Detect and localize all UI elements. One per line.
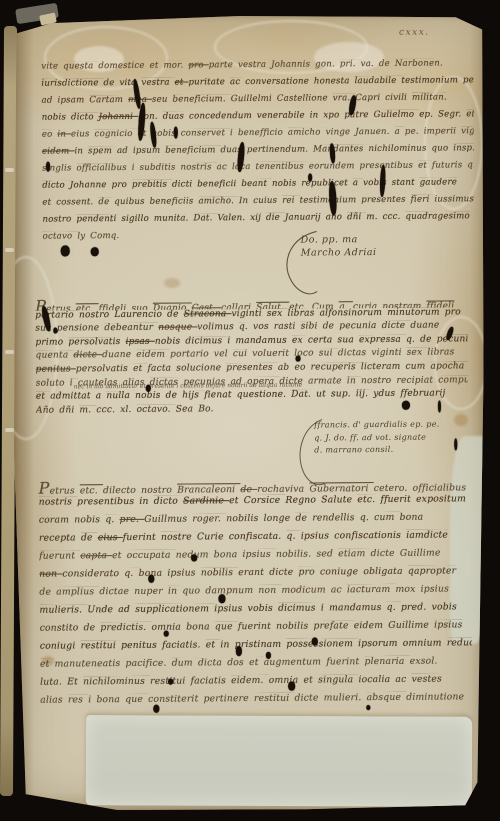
folio-number: cxxx. xyxy=(399,28,430,38)
ink-blot xyxy=(146,385,151,392)
manuscript-line: octavo ly Comq. xyxy=(43,228,475,248)
ink-blot xyxy=(153,705,159,713)
manuscript-photo: cxxx. vite questa domestice et mor. pro … xyxy=(0,0,500,821)
binding-stitch xyxy=(5,168,14,172)
signature-line: Do. pp. ma xyxy=(301,233,377,247)
ink-blot xyxy=(366,705,370,710)
manuscript-line: Petrus etc. dilecto nostro Brancaleoni d… xyxy=(39,475,471,496)
binding-stitch xyxy=(5,428,14,432)
manuscript-line: alias res i bona que constiterit pertine… xyxy=(40,691,472,712)
ink-blot xyxy=(148,575,154,583)
ink-blot xyxy=(91,247,99,256)
ink-blot xyxy=(168,679,173,685)
ink-blot xyxy=(312,637,318,645)
ink-blot xyxy=(454,438,457,450)
ink-blot xyxy=(61,245,70,256)
ink-blot xyxy=(402,401,410,410)
ink-blot xyxy=(288,682,295,691)
manuscript-page: cxxx. vite questa domestice et mor. pro … xyxy=(14,16,484,810)
manuscript-line: de amplius dictae nuper in quo dampnum n… xyxy=(39,583,471,604)
ink-blots xyxy=(11,14,481,18)
ink-blot xyxy=(46,162,50,172)
ink-blot xyxy=(191,554,197,561)
manuscript-line: constito de predictis. omnia bona que fu… xyxy=(40,619,472,640)
ink-blot xyxy=(438,400,441,412)
ink-blot xyxy=(308,173,312,181)
register-entry-1: vite questa domestice et mor. pro parte … xyxy=(41,58,474,248)
binding-stitch xyxy=(5,248,14,252)
ink-blot xyxy=(236,646,242,656)
ink-blot xyxy=(164,631,169,637)
marginal-note-line: ffrancis. d' guardialis ep. pe. xyxy=(314,419,440,432)
chancery-signature: Do. pp. ma Marcho Adriai xyxy=(301,233,377,260)
marginal-note: ffrancis. d' guardialis ep. pe. q. J. do… xyxy=(314,419,440,457)
ink-blot xyxy=(174,127,178,139)
binding-stitch xyxy=(5,350,14,354)
signature-line: Marcho Adriai xyxy=(301,246,377,260)
ink-blot xyxy=(218,594,225,603)
ink-blot xyxy=(53,328,57,334)
marginal-note-line: q. J. do. ff. ad vot. signate xyxy=(314,431,440,444)
handwritten-text-layer: cxxx. vite questa domestice et mor. pro … xyxy=(11,14,487,812)
manuscript-line: vite questa domestice et mor. pro parte … xyxy=(41,58,473,78)
ink-blot xyxy=(266,652,271,659)
ink-blot xyxy=(296,356,301,362)
manuscript-line: ad ipsam Cartam mea seu beneficium. Guil… xyxy=(42,92,474,112)
marginal-note-line: d. marrano consil. xyxy=(314,444,440,457)
manuscript-line: singlis officialibus i subditis nostris … xyxy=(42,160,474,180)
register-entry-3: Petrus etc. dilecto nostro Brancaleoni d… xyxy=(39,475,473,712)
manuscript-line: et cossent. de quibus beneficiis amicho.… xyxy=(42,194,474,214)
manuscript-line: coram nobis q. pre. Guillmus roger. nobi… xyxy=(39,511,471,532)
